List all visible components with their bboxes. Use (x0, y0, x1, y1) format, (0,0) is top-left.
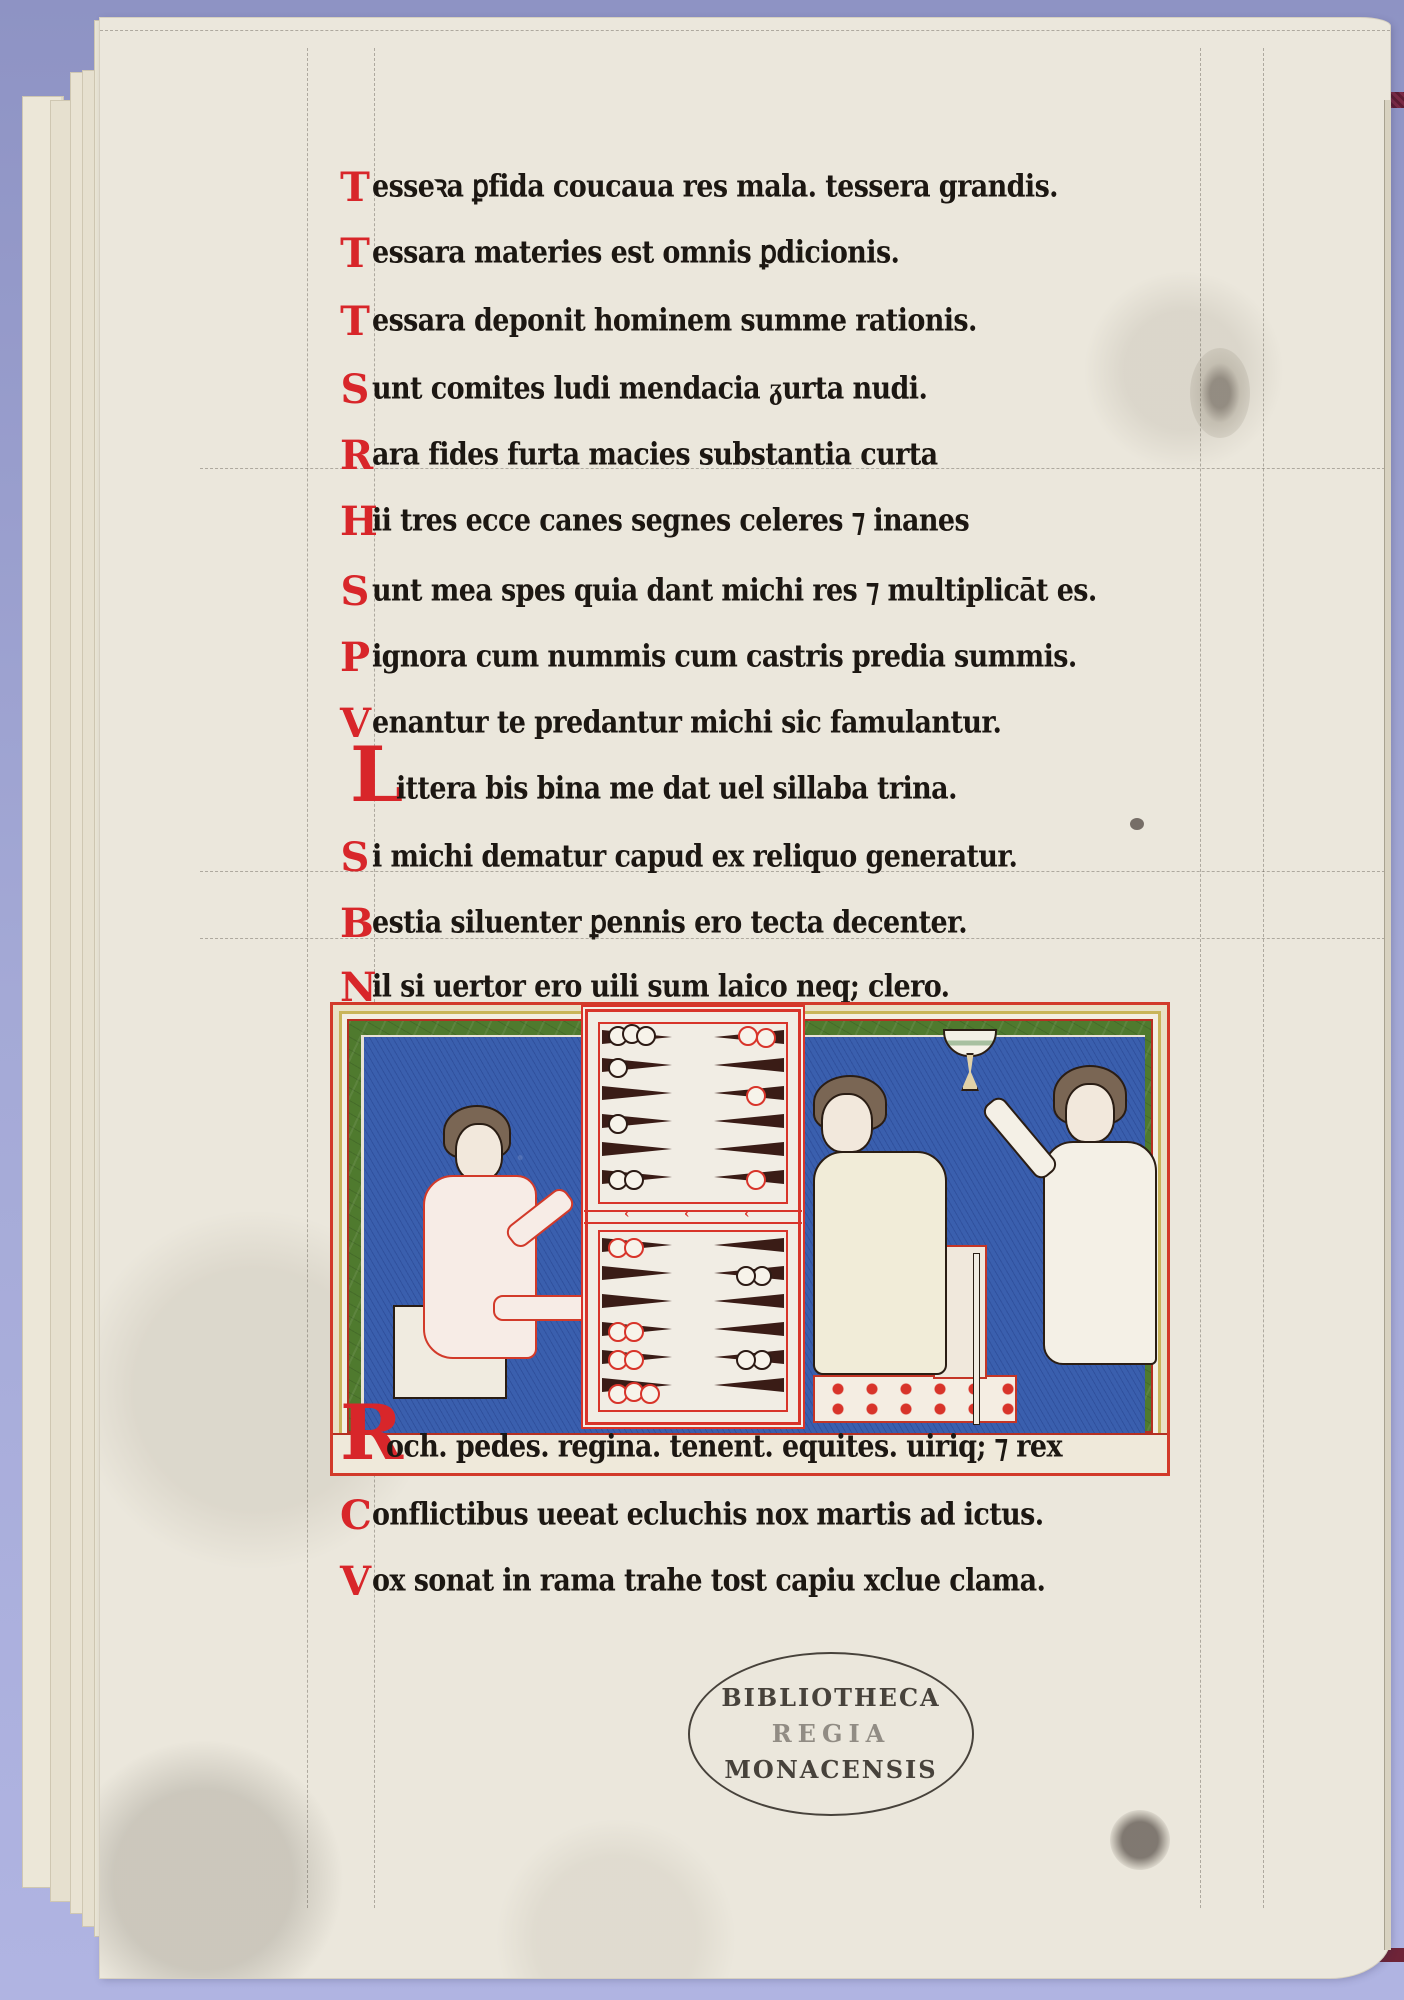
verse-line: T essara deponit hominem summe rationis. (340, 286, 977, 342)
rubricated-initial: B (340, 904, 370, 944)
verse-text: och. pedes. regina. tenent. equites. uir… (386, 1427, 1062, 1468)
verse-text: unt comites ludi mendacia ᵹurta nudi. (372, 369, 927, 410)
verse-text: unt mea spes quia dant michi res ⁊ multi… (372, 571, 1097, 612)
rubricated-initial: R (340, 436, 370, 476)
tabula-board: ‹‹‹ (585, 1009, 801, 1425)
rubricated-initial: V (340, 1562, 370, 1602)
rubricated-initial: H (340, 502, 370, 542)
rubricated-initial: C (340, 1496, 370, 1536)
verse-text: ox sonat in rama trahe tost capiu xclue … (372, 1561, 1045, 1602)
cream-robe (813, 1151, 947, 1375)
stamp-line: REGIA (772, 1716, 891, 1752)
rubricated-initial: S (340, 572, 370, 612)
rubricated-initial: T (340, 302, 370, 342)
extended-arm (493, 1295, 597, 1321)
verse-text: enantur te predantur michi sic famulantu… (372, 703, 1001, 744)
face (821, 1093, 873, 1153)
board-half-bottom (598, 1230, 788, 1412)
verse-text: ignora cum nummis cum castris predia sum… (372, 637, 1077, 678)
ink-stain (1130, 818, 1144, 830)
verse-text: onflictibus ueeat ecluchis nox martis ad… (372, 1495, 1044, 1536)
verse-line: S i michi dematur capud ex reliquo gener… (340, 822, 1017, 878)
verse-line: T esseꝛa ꝑfida coucaua res mala. tessera… (340, 152, 1058, 208)
verse-text: essara deponit hominem summe rationis. (372, 301, 977, 342)
ruling-line (307, 48, 308, 1908)
verse-text: esseꝛa ꝑfida coucaua res mala. tessera g… (372, 167, 1058, 208)
red-outlined-robe (423, 1175, 537, 1359)
verse-text: i michi dematur capud ex reliquo generat… (372, 837, 1017, 878)
ink-stain (1190, 348, 1250, 438)
board-hinge: ‹‹‹ (584, 1210, 802, 1224)
verse-text: essara materies est omnis ꝑdicionis. (372, 233, 899, 274)
verse-line: P ignora cum nummis cum castris predia s… (340, 622, 1077, 678)
verse-line: C onflictibus ueeat ecluchis nox martis … (340, 1480, 1044, 1536)
page-edge-right (1384, 100, 1391, 1950)
verse-line: L ittera bis bina me dat uel sillaba tri… (350, 754, 957, 810)
rubricated-initial: S (340, 370, 370, 410)
verse-line: S unt mea spes quia dant michi res ⁊ mul… (340, 556, 1097, 612)
verse-line: S unt comites ludi mendacia ᵹurta nudi. (340, 354, 927, 410)
rubricated-initial: T (340, 234, 370, 274)
rubricated-initial: T (340, 168, 370, 208)
stamp-line: BIBLIOTHECA (721, 1680, 940, 1716)
verse-line: T essara materies est omnis ꝑdicionis. (340, 218, 899, 274)
rubricated-initial-large: R (340, 1398, 384, 1468)
library-stamp: BIBLIOTHECA REGIA MONACENSIS (688, 1652, 974, 1816)
ruling-line (1263, 48, 1264, 1908)
verse-text: ara fides furta macies substantia curta (372, 435, 938, 476)
verse-line: R ara fides furta macies substantia curt… (340, 420, 938, 476)
verse-line: H ii tres ecce canes segnes celeres ⁊ in… (340, 486, 969, 542)
board-half-top (598, 1022, 788, 1204)
verse-line: V enantur te predantur michi sic famulan… (340, 688, 1001, 744)
verse-line: R och. pedes. regina. tenent. equites. u… (340, 1412, 1062, 1468)
ink-stain (1110, 1810, 1170, 1870)
ruling-line (1200, 48, 1201, 1908)
verse-line: V ox sonat in rama trahe tost capiu xclu… (340, 1546, 1045, 1602)
white-tunic (1043, 1141, 1157, 1365)
verse-text: ii tres ecce canes segnes celeres ⁊ inan… (372, 501, 969, 542)
miniature-illustration: ‹‹‹ (330, 1002, 1170, 1476)
stamp-line: MONACENSIS (724, 1752, 937, 1788)
face (455, 1123, 503, 1181)
verse-line: N il si uertor ero uili sum laico neq; c… (340, 952, 949, 1008)
face (1065, 1083, 1115, 1143)
rubricated-initial: S (340, 838, 370, 878)
verse-line: B estia siluenter ꝑennis ero tecta decen… (340, 888, 967, 944)
rubricated-initial-large: L (350, 740, 394, 810)
ruling-line (100, 30, 1390, 31)
walking-staff (973, 1253, 980, 1425)
verse-text: ittera bis bina me dat uel sillaba trina… (396, 769, 957, 810)
rubricated-initial: P (340, 638, 370, 678)
verse-text: estia siluenter ꝑennis ero tecta decente… (372, 903, 967, 944)
